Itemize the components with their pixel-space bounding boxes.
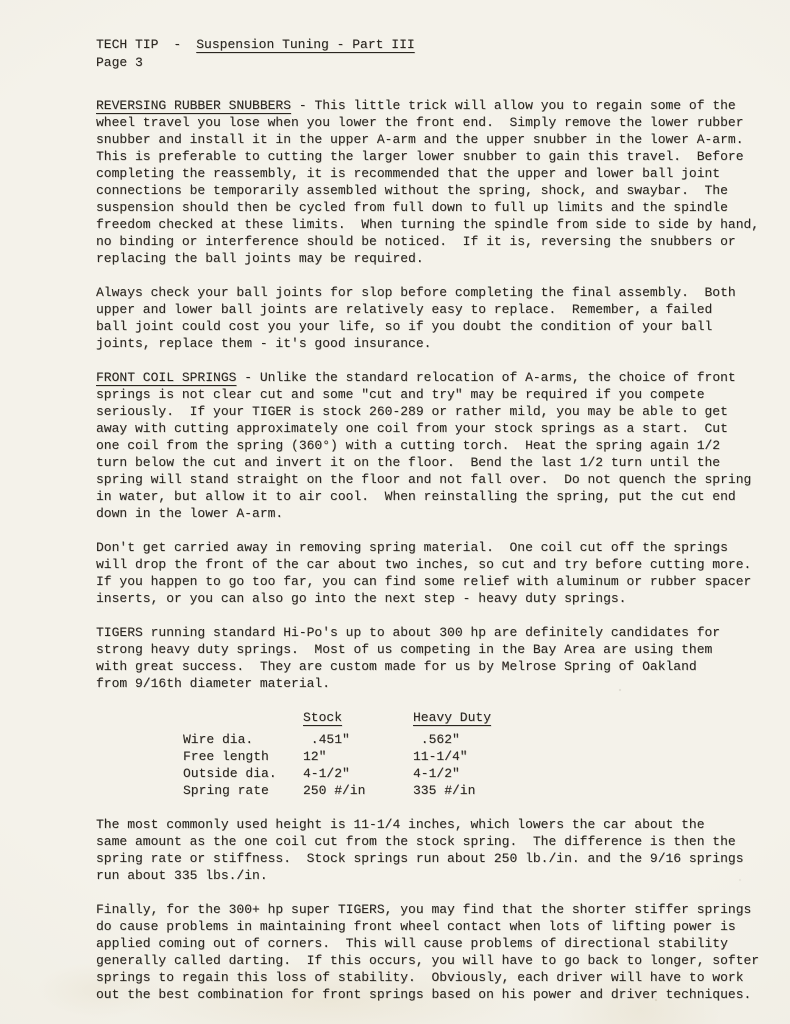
table-header-spacer [183,709,303,726]
section-heading: FRONT COIL SPRINGS [96,370,236,385]
heavy-duty-value: 11-1/4" [413,748,786,765]
section-heading: REVERSING RUBBER SNUBBERS [96,98,291,113]
paragraph-text: The most commonly used height is 11-1/4 … [96,817,744,883]
heavy-duty-value: 335 #/in [413,782,786,799]
stock-value: 4-1/2" [303,765,413,782]
table-row-free-length: Free length 12" 11-1/4" [183,748,786,765]
paragraph-spring-height: The most commonly used height is 11-1/4 … [96,816,786,884]
paragraph-text: Finally, for the 300+ hp super TIGERS, y… [96,902,759,1002]
tech-tip-label: TECH TIP [96,37,158,52]
document-title: Suspension Tuning - Part III [196,37,414,52]
paragraph-front-coil-springs: FRONT COIL SPRINGS - Unlike the standard… [96,369,786,522]
spring-spec-table: Stock Heavy Duty Wire dia. .451" .562" F… [183,709,786,799]
table-row-spring-rate: Spring rate 250 #/in 335 #/in [183,782,786,799]
row-label: Spring rate [183,782,303,799]
paragraph-text: Don't get carried away in removing sprin… [96,540,751,606]
document-header: TECH TIP-Suspension Tuning - Part IIIPag… [96,36,786,72]
paragraph-heavy-duty-springs: TIGERS running standard Hi-Po's up to ab… [96,624,786,692]
row-label: Wire dia. [183,731,303,748]
row-label: Free length [183,748,303,765]
table-row-outside-dia: Outside dia. 4-1/2" 4-1/2" [183,765,786,782]
document-page: TECH TIP-Suspension Tuning - Part IIIPag… [96,36,786,1020]
table-row-wire-dia: Wire dia. .451" .562" [183,731,786,748]
stock-value: 12" [303,748,413,765]
column-header-heavy-duty: Heavy Duty [413,710,491,725]
paragraph-spring-removal: Don't get carried away in removing sprin… [96,539,786,607]
table-header-row: Stock Heavy Duty [183,709,786,726]
paragraph-text: Always check your ball joints for slop b… [96,285,736,351]
paragraph-reversing-rubber-snubbers: REVERSING RUBBER SNUBBERS - This little … [96,97,786,267]
paragraph-text: - This little trick will allow you to re… [96,98,759,266]
row-label: Outside dia. [183,765,303,782]
heavy-duty-value: 4-1/2" [413,765,786,782]
stock-value: .451" [303,731,413,748]
stock-value: 250 #/in [303,782,413,799]
paragraph-darting-conclusion: Finally, for the 300+ hp super TIGERS, y… [96,901,786,1003]
paragraph-text: - Unlike the standard relocation of A-ar… [96,370,751,521]
paragraph-text: TIGERS running standard Hi-Po's up to ab… [96,625,720,691]
paragraph-ball-joints: Always check your ball joints for slop b… [96,284,786,352]
column-header-stock: Stock [303,710,342,725]
header-dash: - [173,36,181,54]
heavy-duty-value: .562" [413,731,786,748]
page-number: Page 3 [96,55,143,70]
